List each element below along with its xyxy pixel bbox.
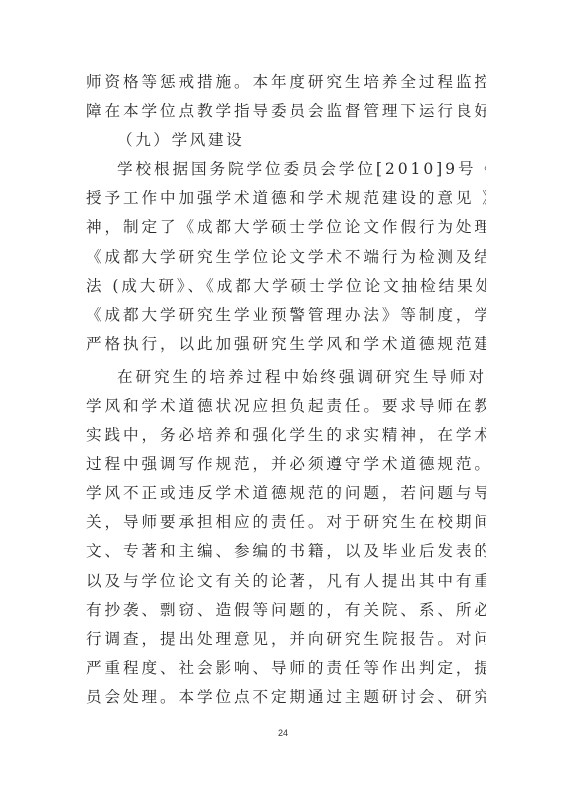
document-page: 师资格等惩戒措施。本年度研究生培养全过程监控与质量保障在本学位点教学指导委员会监… xyxy=(0,0,566,800)
text-line: 学校根据国务院学位委员会学位[2010]9号《关于在学位 xyxy=(117,159,486,179)
text-line: 严重程度、社会影响、导师的责任等作出判定，提交学位委 xyxy=(86,658,486,678)
text-line: 《成都大学研究生学业预警管理办法》等制度，学位点始终 xyxy=(86,305,486,325)
text-line: 严格执行，以此加强研究生学风和学术道德规范建设。 xyxy=(86,334,486,354)
text-line: 师资格等惩戒措施。本年度研究生培养全过程监控与质量保 xyxy=(86,72,486,92)
text-line: 在研究生的培养过程中始终强调研究生导师对学生的 xyxy=(117,367,486,387)
text-line: 关，导师要承担相应的责任。对于研究生在校期间发表的论 xyxy=(86,512,486,532)
text-line: 有抄袭、剽窃、造假等问题的，有关院、系、所必须立即进 xyxy=(86,600,486,620)
text-line: 过程中强调写作规范，并必须遵守学术道德规范。对研究生 xyxy=(86,454,486,474)
text-line: 行调查，提出处理意见，并向研究生院报告。对问题的性质、 xyxy=(86,629,486,649)
text-line: 文、专著和主编、参编的书籍，以及毕业后发表的学位论文 xyxy=(86,541,486,561)
text-line: 学风和学术道德状况应担负起责任。要求导师在教学和科研 xyxy=(86,396,486,416)
section-heading: （九）学风建设 xyxy=(117,130,517,150)
text-line: 授予工作中加强学术道德和学术规范建设的意见 》文件精 xyxy=(86,188,486,208)
text-line: 以及与学位论文有关的论著，凡有人提出其中有重大失误或 xyxy=(86,571,486,591)
page-number: 24 xyxy=(0,728,566,738)
text-line: 实践中，务必培养和强化学生的求实精神，在学术论文撰写 xyxy=(86,425,486,445)
text-line: 法 (成大研》、《成都大学硕士学位论文抽检结果处理办法》、 xyxy=(86,276,486,296)
text-line: 学风不正或违反学术道德规范的问题，若问题与导师失职有 xyxy=(86,483,486,503)
text-line: 神，制定了《成都大学硕士学位论文作假行为处理实施细则》、 xyxy=(86,217,486,237)
text-line: 障在本学位点教学指导委员会监督管理下运行良好。 xyxy=(86,101,486,121)
text-line: 员会处理。本学位点不定期通过主题研讨会、研究生班会等 xyxy=(86,687,486,707)
text-line: 《成都大学研究生学位论文学术不端行为检测及结果处理办 xyxy=(86,247,486,267)
